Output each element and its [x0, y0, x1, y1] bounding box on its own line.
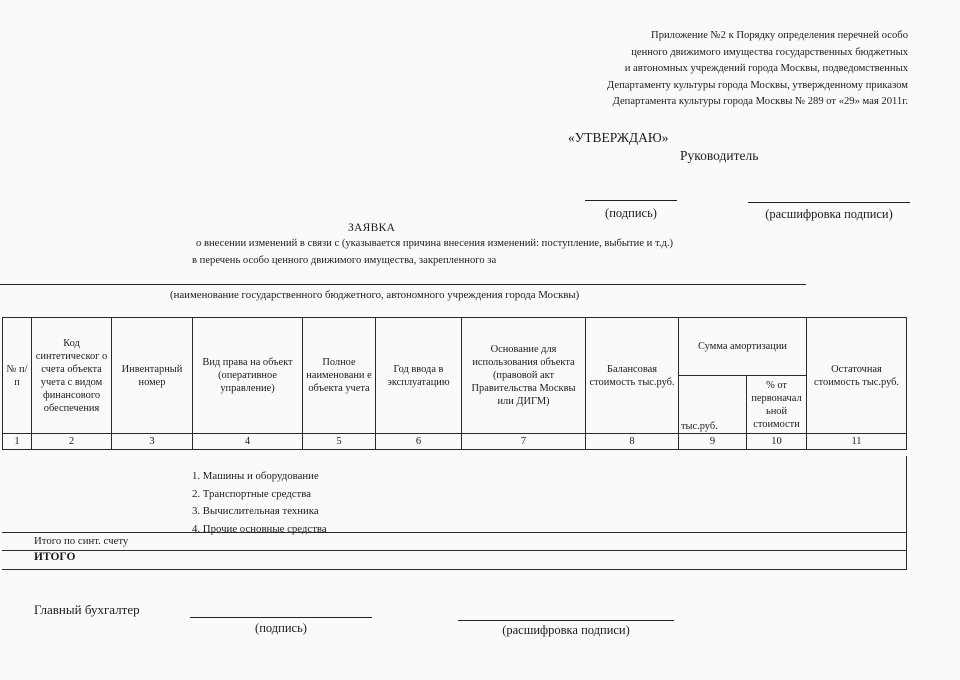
total-label: ИТОГО	[34, 551, 75, 563]
header-full-name: Полное наименовани е объекта учета	[303, 318, 376, 434]
column-number: 5	[303, 434, 376, 450]
appendix-line: Приложение №2 к Порядку определения пере…	[548, 28, 908, 45]
appendix-line: и автономных учреждений города Москвы, п…	[548, 61, 908, 78]
header-amortization-rub: тыс.руб.	[679, 376, 747, 434]
header-balance-value: Балансовая стоимость тыс.руб.	[586, 318, 679, 434]
header-residual-value: Остаточная стоимость тыс.руб.	[807, 318, 907, 434]
request-title: ЗАЯВКА	[348, 222, 395, 234]
header-amortization-percent: % от первоначал ьной стоимости	[747, 376, 807, 434]
column-number: 8	[586, 434, 679, 450]
column-number: 4	[193, 434, 303, 450]
category-item: 2. Транспортные средства	[192, 486, 327, 504]
approver-decode-caption: (расшифровка подписи)	[748, 207, 910, 222]
chief-signature-line[interactable]	[190, 617, 372, 618]
request-list-line: в перечень особо ценного движимого имуще…	[192, 255, 496, 266]
category-item: 4. Прочие основные средства	[192, 521, 327, 539]
column-number: 2	[32, 434, 112, 450]
appendix-reference: Приложение №2 к Порядку определения пере…	[548, 28, 908, 111]
request-reason-line: о внесении изменений в связи с (указывае…	[196, 238, 673, 249]
category-item: 3. Вычислительная техника	[192, 503, 327, 521]
organization-name-line[interactable]	[0, 284, 806, 285]
asset-category-list: 1. Машины и оборудование 2. Транспортные…	[192, 468, 327, 538]
header-no: № п/п	[3, 318, 32, 434]
column-number: 11	[807, 434, 907, 450]
approver-signature-line[interactable]	[585, 200, 677, 201]
header-right-type: Вид права на объект (оперативное управле…	[193, 318, 303, 434]
header-inventory-number: Инвентарный номер	[112, 318, 193, 434]
approval-stamp: «УТВЕРЖДАЮ»	[568, 130, 669, 146]
appendix-line: Департамента культуры города Москвы № 28…	[548, 94, 908, 111]
chief-decode-caption: (расшифровка подписи)	[458, 623, 674, 638]
assets-table: № п/п Код синтетическог о счета объекта …	[2, 317, 907, 450]
header-account-code: Код синтетическог о счета объекта учета …	[32, 318, 112, 434]
chief-accountant-label: Главный бухгалтер	[34, 602, 140, 618]
column-number: 9	[679, 434, 747, 450]
row-divider	[2, 550, 906, 551]
header-amortization: Сумма амортизации	[679, 318, 807, 376]
column-number: 7	[462, 434, 586, 450]
approver-decode-line[interactable]	[748, 202, 910, 203]
column-number: 6	[376, 434, 462, 450]
table-body-area	[2, 456, 907, 570]
column-number: 1	[3, 434, 32, 450]
approver-title: Руководитель	[680, 148, 758, 164]
appendix-line: Департаменту культуры города Москвы, утв…	[548, 78, 908, 95]
header-commissioning-year: Год ввода в эксплуатацию	[376, 318, 462, 434]
row-divider	[2, 569, 906, 570]
appendix-line: ценного движимого имущества государствен…	[548, 45, 908, 62]
column-number: 10	[747, 434, 807, 450]
category-item: 1. Машины и оборудование	[192, 468, 327, 486]
subtotal-label: Итого по синт. счету	[34, 535, 128, 547]
chief-decode-line[interactable]	[458, 620, 674, 621]
approver-signature-caption: (подпись)	[585, 206, 677, 221]
chief-signature-caption: (подпись)	[190, 621, 372, 636]
organization-name-caption: (наименование государственного бюджетног…	[170, 289, 579, 301]
row-divider	[2, 532, 906, 533]
header-basis: Основание для использования объекта (пра…	[462, 318, 586, 434]
column-number: 3	[112, 434, 193, 450]
